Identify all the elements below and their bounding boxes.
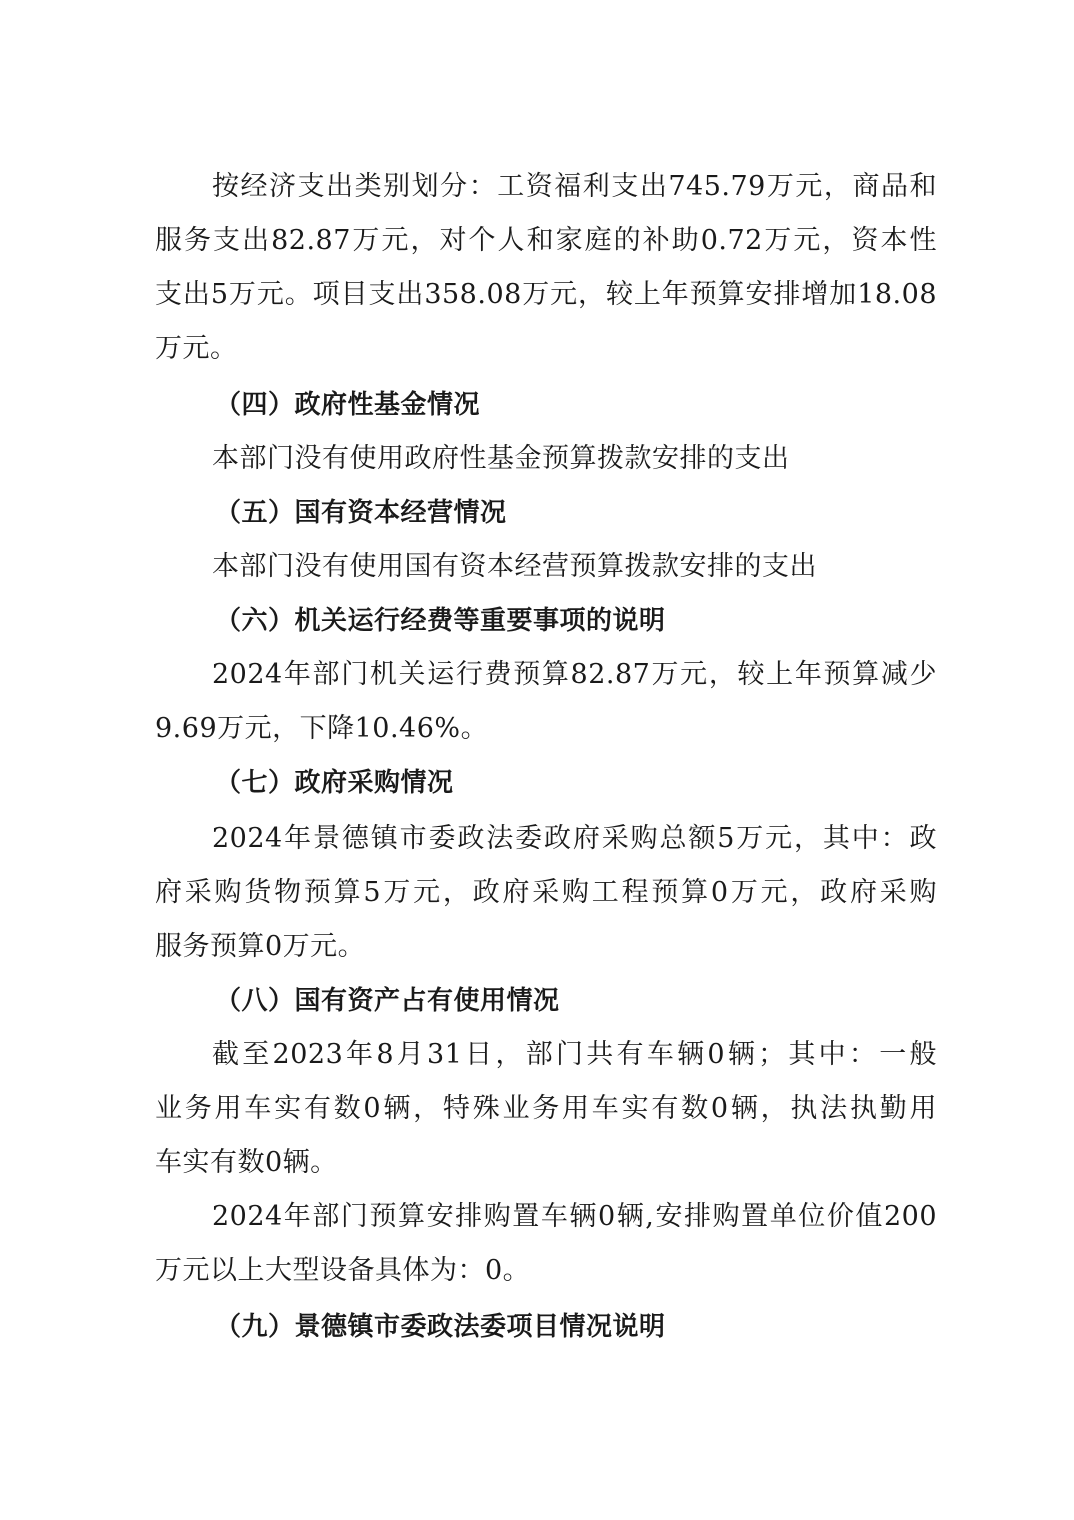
paragraph-line: 万元。 — [155, 322, 238, 376]
paragraph-line: 服务支出82.87万元，对个人和家庭的补助0.72万元，资本性 — [155, 214, 937, 268]
paragraph-line: 业务用车实有数0辆，特殊业务用车实有数0辆，执法执勤用 — [155, 1082, 937, 1136]
paragraph-line: 支出5万元。项目支出358.08万元，较上年预算安排增加18.08 — [155, 268, 937, 322]
section-heading-5: （五）国有资本经营情况 — [215, 486, 507, 540]
paragraph-line: 9.69万元，下降10.46%。 — [155, 702, 488, 756]
paragraph-line: 按经济支出类别划分：工资福利支出745.79万元，商品和 — [212, 160, 937, 214]
paragraph-line: 车实有数0辆。 — [155, 1136, 338, 1190]
section-heading-7: （七）政府采购情况 — [215, 756, 454, 810]
paragraph-line: 2024年部门预算安排购置车辆0辆,安排购置单位价值200 — [212, 1190, 937, 1244]
section-body-4: 本部门没有使用政府性基金预算拨款安排的支出 — [212, 432, 790, 486]
paragraph-line: 服务预算0万元。 — [155, 920, 365, 974]
section-heading-6: （六）机关运行经费等重要事项的说明 — [215, 594, 666, 648]
section-heading-4: （四）政府性基金情况 — [215, 378, 480, 432]
section-heading-8: （八）国有资产占有使用情况 — [215, 974, 560, 1028]
paragraph-line: 府采购货物预算5万元，政府采购工程预算0万元，政府采购 — [155, 866, 937, 920]
paragraph-line: 万元以上大型设备具体为：0。 — [155, 1244, 530, 1298]
paragraph-line: 2024年景德镇市委政法委政府采购总额5万元，其中：政 — [212, 812, 937, 866]
section-heading-9: （九）景德镇市委政法委项目情况说明 — [215, 1300, 666, 1354]
paragraph-line: 2024年部门机关运行费预算82.87万元，较上年预算减少 — [212, 648, 937, 702]
paragraph-line: 截至2023年8月31日，部门共有车辆0辆；其中：一般 — [212, 1028, 937, 1082]
section-body-5: 本部门没有使用国有资本经营预算拨款安排的支出 — [212, 540, 817, 594]
